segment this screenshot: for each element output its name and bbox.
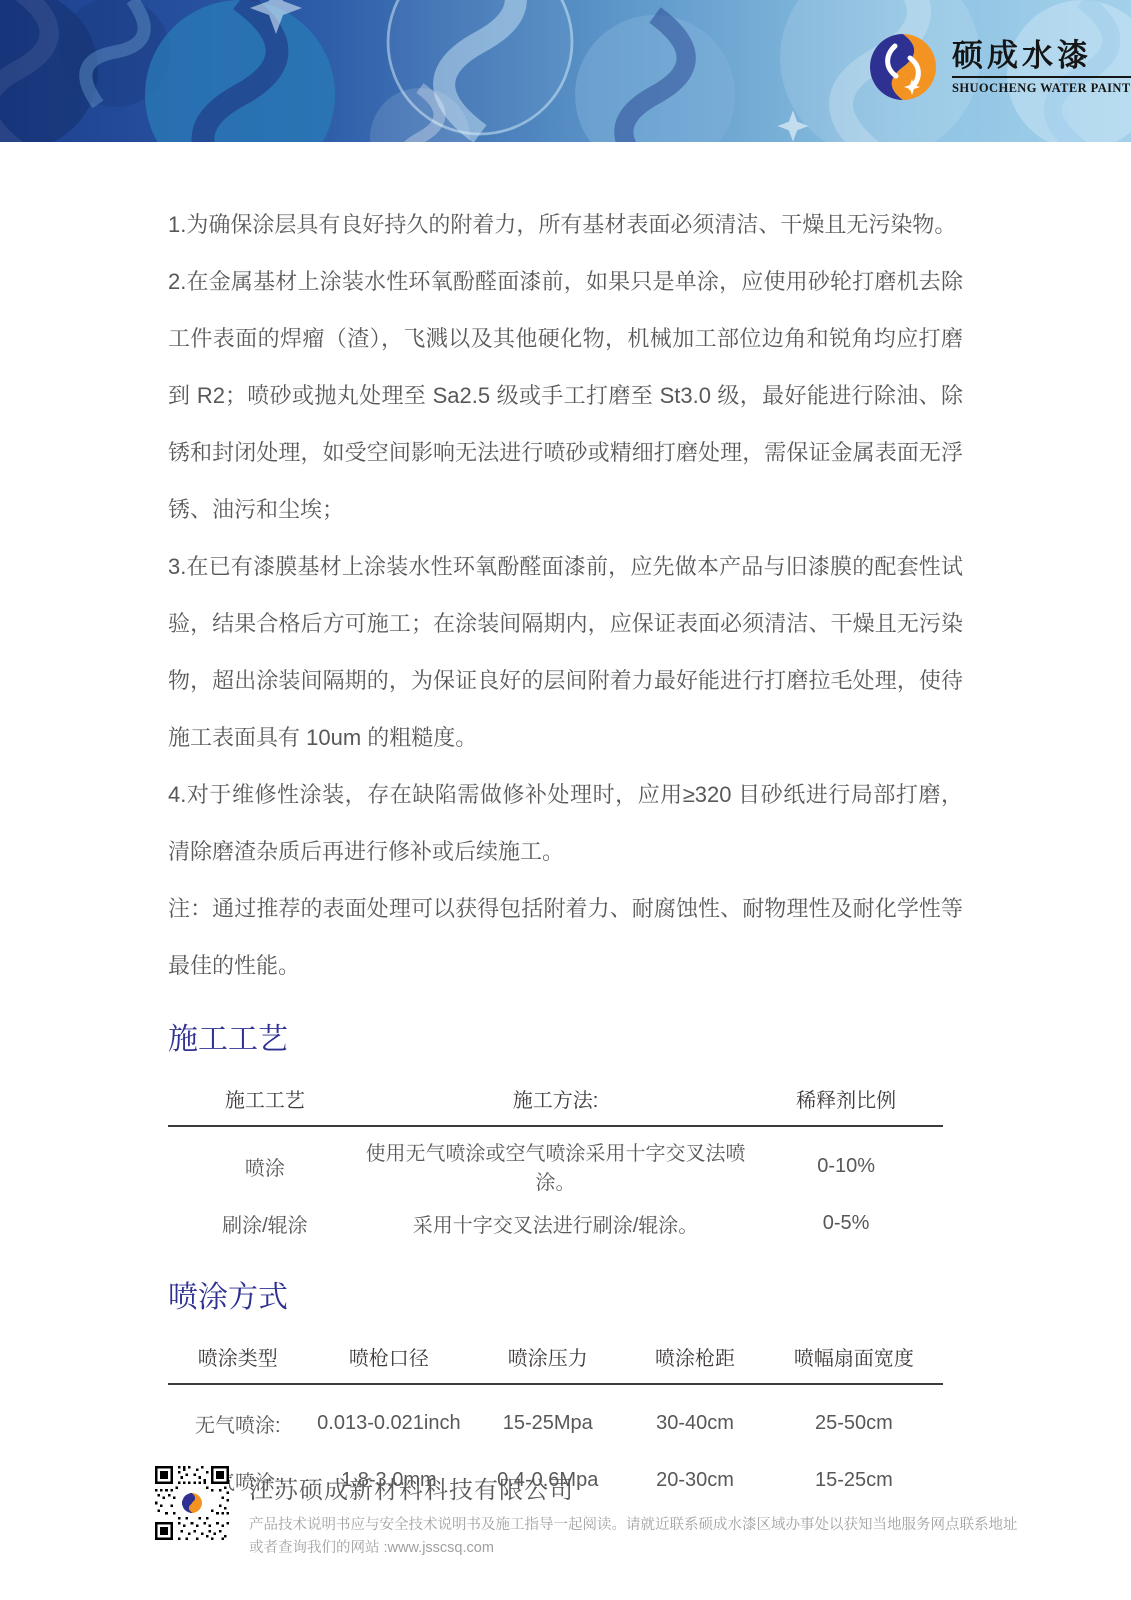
datasheet-page: 硕成水漆 SHUOCHENG WATER PAINT 1.为确保涂层具有良好持久… — [0, 0, 1131, 1600]
qr-code — [155, 1466, 229, 1540]
table-cell: 使用无气喷涂或空气喷涂采用十字交叉法喷涂。 — [362, 1126, 750, 1195]
table-cell: 采用十字交叉法进行刷涂/辊涂。 — [362, 1195, 750, 1252]
table-cell: 0-10% — [749, 1126, 943, 1195]
section-title-construction-process: 施工工艺 — [168, 1018, 963, 1062]
table-cell: 30-40cm — [625, 1384, 765, 1452]
table-cell: 0-5% — [749, 1195, 943, 1252]
brand-name-en: SHUOCHENG WATER PAINT — [952, 81, 1131, 96]
page-footer: 江苏硕成新材料科技有限公司 产品技术说明书应与安全技术说明书及施工指导一起阅读。… — [155, 1466, 1018, 1560]
paragraph-old-film: 3.在已有漆膜基材上涂装水性环氧酚醛面漆前，应先做本产品与旧漆膜的配套性试验，结… — [168, 538, 963, 766]
table-cell: 0.013-0.021inch — [308, 1384, 471, 1452]
table-row: 无气喷涂: 0.013-0.021inch 15-25Mpa 30-40cm 2… — [168, 1384, 943, 1452]
company-name: 江苏硕成新材料科技有限公司 — [249, 1470, 1018, 1505]
paragraph-note: 注：通过推荐的表面处理可以获得包括附着力、耐腐蚀性、耐物理性及耐化学性等最佳的性… — [168, 880, 963, 994]
table-cell: 25-50cm — [765, 1384, 943, 1452]
header-cell-nozzle-size: 喷枪口径 — [308, 1334, 471, 1384]
table-cell: 喷涂 — [168, 1126, 362, 1195]
table-row: 喷涂 使用无气喷涂或空气喷涂采用十字交叉法喷涂。 0-10% — [168, 1126, 943, 1195]
table-row: 刷涂/辊涂 采用十字交叉法进行刷涂/辊涂。 0-5% — [168, 1195, 943, 1252]
table-header-row: 施工工艺 施工方法: 稀释剂比例 — [168, 1076, 943, 1126]
construction-process-table: 施工工艺 施工方法: 稀释剂比例 喷涂 使用无气喷涂或空气喷涂采用十字交叉法喷涂… — [168, 1076, 943, 1252]
table-cell: 刷涂/辊涂 — [168, 1195, 362, 1252]
footer-note-line2: 或者查询我们的网站 :www.jsscsq.com — [249, 1537, 1018, 1560]
header-cell-process: 施工工艺 — [168, 1076, 362, 1126]
brand-logo-icon — [868, 32, 938, 102]
paragraph-metal-substrate: 2.在金属基材上涂装水性环氧酚醛面漆前，如果只是单涂，应使用砂轮打磨机去除工件表… — [168, 253, 963, 538]
header-cell-spray-type: 喷涂类型 — [168, 1334, 308, 1384]
header-cell-method: 施工方法: — [362, 1076, 750, 1126]
brand-logo: 硕成水漆 SHUOCHENG WATER PAINT — [868, 32, 1131, 102]
header-cell-pressure: 喷涂压力 — [470, 1334, 625, 1384]
brand-name-cn: 硕成水漆 — [952, 39, 1131, 73]
paragraph-substrate-clean: 1.为确保涂层具有良好持久的附着力，所有基材表面必须清洁、干燥且无污染物。 — [168, 196, 963, 253]
table-cell: 无气喷涂: — [168, 1384, 308, 1452]
header-cell-thinner: 稀释剂比例 — [749, 1076, 943, 1126]
footer-note-line1: 产品技术说明书应与安全技术说明书及施工指导一起阅读。请就近联系硕成水漆区域办事处… — [249, 1514, 1018, 1537]
paragraph-repair-coating: 4.对于维修性涂装，存在缺陷需做修补处理时，应用≥320 目砂纸进行局部打磨，清… — [168, 766, 963, 880]
header-cell-fan-width: 喷幅扇面宽度 — [765, 1334, 943, 1384]
section-title-spray-method: 喷涂方式 — [168, 1276, 963, 1320]
header-cell-gun-distance: 喷涂枪距 — [625, 1334, 765, 1384]
table-cell: 15-25Mpa — [470, 1384, 625, 1452]
table-header-row: 喷涂类型 喷枪口径 喷涂压力 喷涂枪距 喷幅扇面宽度 — [168, 1334, 943, 1384]
brand-divider — [952, 76, 1131, 78]
document-body: 1.为确保涂层具有良好持久的附着力，所有基材表面必须清洁、干燥且无污染物。 2.… — [168, 196, 963, 1509]
brand-banner: 硕成水漆 SHUOCHENG WATER PAINT — [0, 0, 1131, 142]
